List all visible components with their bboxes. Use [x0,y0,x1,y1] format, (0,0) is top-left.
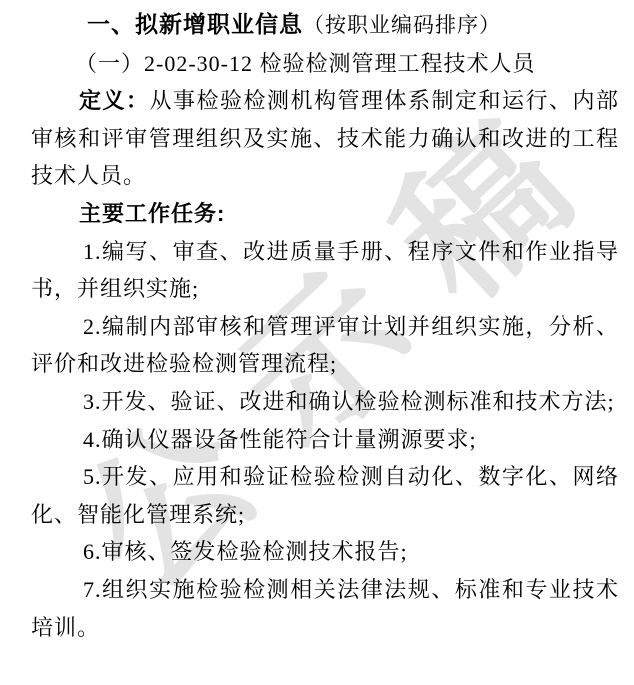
task-item-1: 1.编写、审查、改进质量手册、程序文件和作业指导书，并组织实施; [31,233,619,308]
tasks-heading: 主要工作任务: [31,195,619,233]
task-item-3: 3.开发、验证、改进和确认检验检测标准和技术方法; [31,383,619,421]
task-item-5: 5.开发、应用和验证检验检测自动化、数字化、网络化、智能化管理系统; [31,458,619,533]
document-page: 公示稿 一、拟新增职业信息（按职业编码排序） （一）2-02-30-12 检验检… [0,0,634,685]
section-heading: 一、拟新增职业信息（按职业编码排序） [31,6,619,45]
definition-label: 定义： [79,88,150,113]
task-item-6: 6.审核、签发检验检测技术报告; [31,533,619,571]
section-heading-note: （按职业编码排序） [303,13,501,37]
definition-paragraph: 定义：从事检验检测机构管理体系制定和运行、内部审核和评审管理组织及实施、技术能力… [31,82,619,195]
task-item-2: 2.编制内部审核和管理评审计划并组织实施，分析、评价和改进检验检测管理流程; [31,308,619,383]
document-content: 一、拟新增职业信息（按职业编码排序） （一）2-02-30-12 检验检测管理工… [0,0,634,646]
task-item-4: 4.确认仪器设备性能符合计量溯源要求; [31,421,619,459]
section-heading-title: 一、拟新增职业信息 [87,11,303,37]
occupation-heading: （一）2-02-30-12 检验检测管理工程技术人员 [31,45,619,83]
task-item-7: 7.组织实施检验检测相关法律法规、标准和专业技术培训。 [31,571,619,646]
